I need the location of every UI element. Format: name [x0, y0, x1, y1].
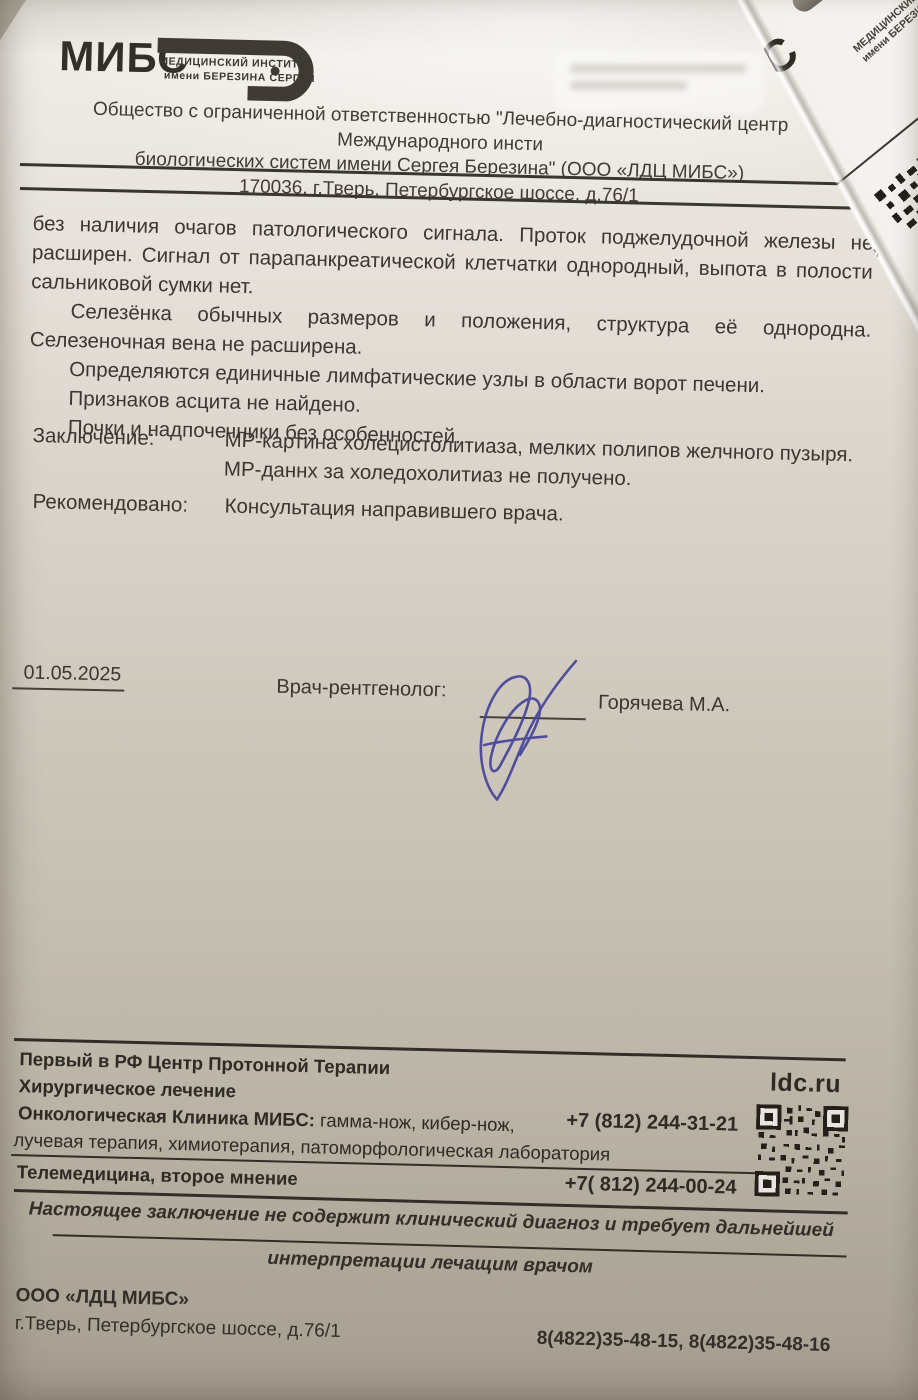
qr-code — [754, 1104, 848, 1198]
report-date: 01.05.2025 — [23, 662, 121, 687]
footer-website: ldc.ru — [770, 1068, 842, 1099]
doctor-role-label: Врач-рентгенолог: — [276, 676, 447, 703]
bottom-org-block: ООО «ЛДЦ МИБС» г.Тверь, Петербургское шо… — [12, 1279, 873, 1370]
footer-phone2: +7( 812) 244-00-24 — [565, 1173, 737, 1200]
footer-phone1: +7 (812) 244-31-21 — [566, 1110, 738, 1137]
date-underline — [12, 687, 124, 691]
footer-line3-rest: гамма-нож, кибер-нож, — [315, 1109, 515, 1135]
photographed-medical-report: { "doc": { "logo": { "name": "МИБС", "su… — [0, 0, 918, 1400]
recommendation-text: Консультация направившего врача. — [224, 492, 878, 536]
handwritten-signature — [447, 648, 600, 816]
fold-logo-subtext: МЕДИЦИНСКИЙ ИН имени БЕРЕЗИ — [851, 0, 918, 65]
footer-line2: Хирургическое лечение — [19, 1075, 237, 1102]
photo-background-corner — [0, 0, 26, 40]
footer-services: Первый в РФ Центр Протонной Терапии Хиру… — [10, 1038, 848, 1223]
footer-line1: Первый в РФ Центр Протонной Терапии — [19, 1048, 390, 1079]
footer-line3-bold: Онкологическая Клиника МИБС: — [18, 1102, 315, 1130]
recommendation-label: Рекомендовано: — [32, 487, 225, 521]
bottom-org-name: ООО «ЛДЦ МИБС» — [15, 1285, 189, 1311]
doctor-name: Горячева М.А. — [598, 692, 731, 718]
clinic-logo: МИБС МЕДИЦИНСКИЙ ИНСТИТУТ имени БЕРЕЗИНА… — [58, 30, 380, 113]
conclusion-label: Заключение: — [32, 421, 225, 484]
footer-line4: лучевая терапия, химиотерапия, патоморфо… — [13, 1129, 610, 1166]
signature-row: 01.05.2025 Врач-рентгенолог: Горячева М.… — [0, 653, 918, 832]
bottom-phones: 8(4822)35-48-15, 8(4822)35-48-16 — [536, 1328, 830, 1357]
bottom-org-address: г.Тверь, Петербургское шоссе, д.76/1 — [15, 1313, 341, 1343]
page-showthrough-ghost — [552, 52, 764, 114]
footer-line5: Телемедицина, второе мнение — [16, 1161, 298, 1190]
barcode-fragment — [873, 146, 918, 238]
disclaimer-line2: интерпретации лечащим врачом — [12, 1241, 848, 1286]
